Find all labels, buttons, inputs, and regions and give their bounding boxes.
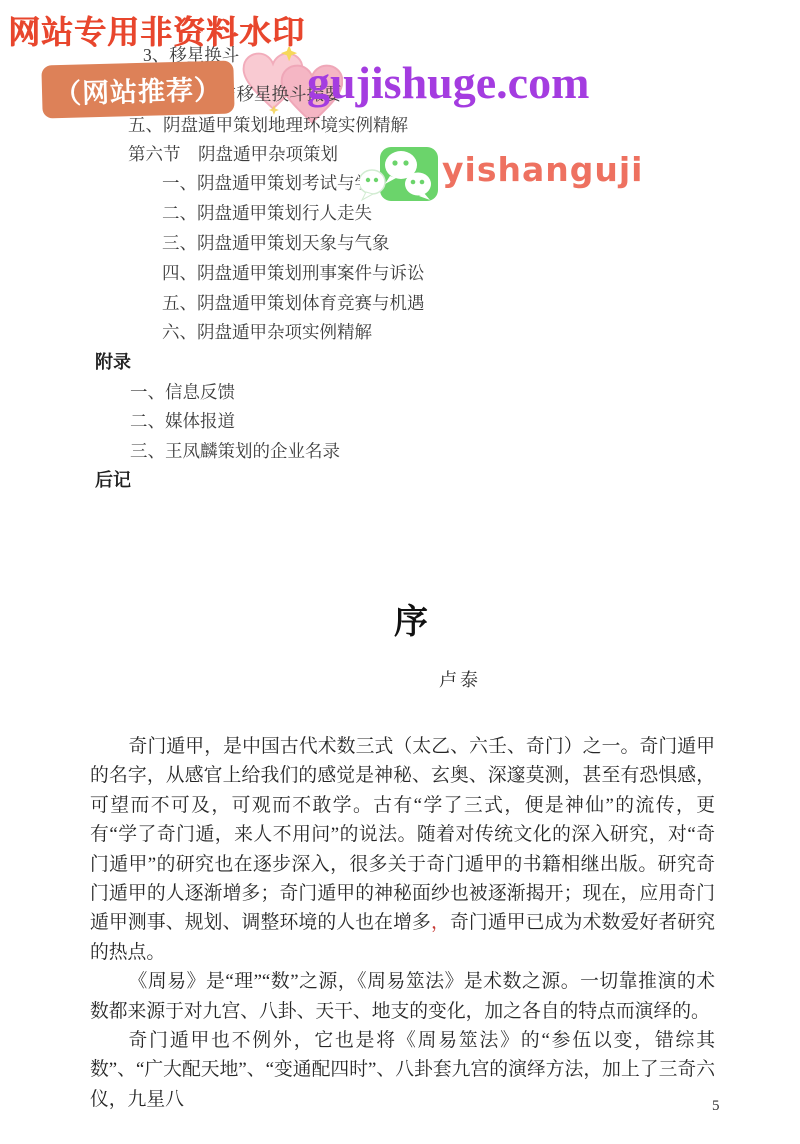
toc-line: 四、阴盘遁甲策划刑事案件与诉讼 (162, 263, 425, 284)
toc-line: 后记 (95, 470, 131, 492)
red-comma: ， (431, 912, 450, 933)
toc-line: 二、媒体报道 (130, 411, 235, 432)
paragraph: 奇门遁甲，是中国古代术数三式（太乙、六壬、奇门）之一。奇门遁甲的名字，从感官上给… (90, 732, 715, 967)
toc-line: 一、信息反馈 (130, 382, 235, 403)
preface-body: 奇门遁甲，是中国古代术数三式（太乙、六壬、奇门）之一。奇门遁甲的名字，从感官上给… (90, 732, 715, 1114)
paragraph: 奇门遁甲也不例外，它也是将《周易筮法》的“参伍以变，错综其数”、“广大配天地”、… (90, 1026, 715, 1114)
toc-line: 五、阴盘遁甲策划地理环境实例精解 (128, 115, 408, 136)
site-watermark-gujishuge: gujishuge.com (307, 60, 589, 106)
preface-title: 序 (11, 594, 800, 643)
toc-line: 附录 (95, 352, 131, 374)
toc-line: 五、阴盘遁甲策划体育竞赛与机遇 (162, 293, 425, 314)
page-number: 5 (712, 1098, 720, 1115)
toc-line: 三、阴盘遁甲策划天象与气象 (162, 233, 390, 254)
text-segment: 奇门遁甲，是中国古代术数三式（太乙、六壬、奇门）之一。奇门遁甲的名字，从感官上给… (90, 736, 715, 933)
watermark-top-text: 网站专用非资料水印 (8, 7, 305, 53)
text-segment: 奇门遁甲也不例外，它也是将《周易筮法》的“参伍以变，错综其数”、“广大配天地”、… (90, 1030, 715, 1110)
paragraph: 《周易》是“理”“数”之源，《周易筮法》是术数之源。一切靠推演的术数都来源于对九… (90, 967, 715, 1026)
preface-author: 卢泰 (439, 666, 481, 692)
toc-line: 一、阴盘遁甲策划考试与学业 (162, 173, 390, 194)
toc-line: 六、阴盘遁甲杂项实例精解 (162, 322, 372, 343)
toc-line: 第六节 阴盘遁甲杂项策划 (128, 144, 338, 165)
text-segment: 《周易》是“理”“数”之源，《周易筮法》是术数之源。一切靠推演的术数都来源于对九… (90, 971, 715, 1021)
toc-line: 三、王凤麟策划的企业名录 (130, 441, 340, 462)
wechat-icon (360, 146, 440, 204)
document-page: 网站专用非资料水印 3、移星换斗与移星换斗撮要五、阴盘遁甲策划地理环境实例精解第… (0, 0, 800, 1144)
site-watermark-yishanguji: yishanguji (442, 153, 643, 186)
promo-stamp: （网站推荐） (41, 60, 234, 118)
toc-line: 二、阴盘遁甲策划行人走失 (162, 203, 372, 224)
